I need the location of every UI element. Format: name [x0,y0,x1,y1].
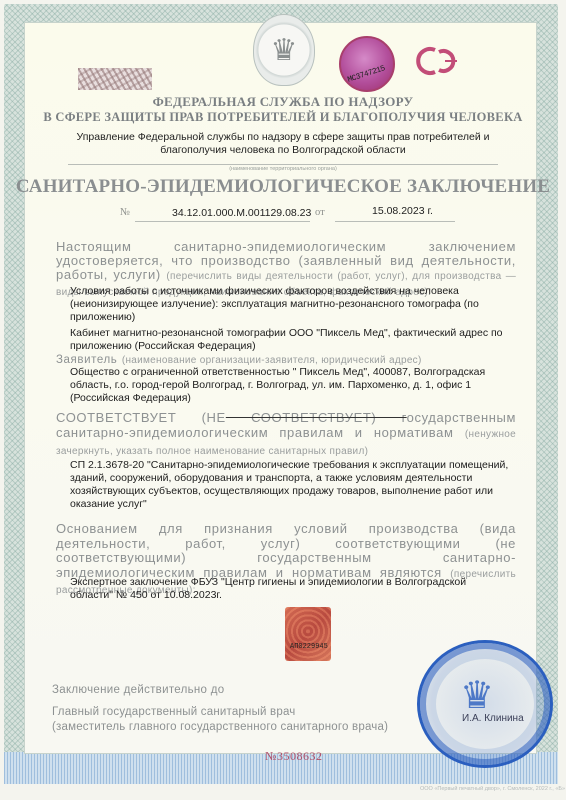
date-underline [335,221,455,222]
applicant-label: Заявитель [56,354,117,366]
conformity-start: СООТВЕТСТВУЕТ (НЕ [56,410,226,425]
number-underline [135,221,310,222]
chief-line2: (заместитель главного государственного с… [52,720,388,735]
applicant-text: Общество с ограниченной ответственностью… [70,366,510,405]
document-number: 34.12.01.000.М.001129.08.23 [172,207,311,219]
number-label: № [120,207,130,218]
agency-title-line1: ФЕДЕРАЛЬНАЯ СЛУЖБА ПО НАДЗОРУ [0,94,566,110]
document-title: САНИТАРНО-ЭПИДЕМИОЛОГИЧЕСКОЕ ЗАКЛЮЧЕНИЕ [0,176,566,198]
seal-eagle-icon: ♛ [460,673,494,718]
hologram-square-serial: АП0229945 [290,643,328,651]
signer-name: И.А. Клинина [462,713,524,724]
basis-document: Экспертное заключение ФБУЗ "Центр гигиен… [70,576,510,602]
valid-until-label: Заключение действительно до [52,684,224,696]
hologram-serial: МС3747215 [347,64,387,85]
se-logo-icon [415,44,465,78]
regional-office-caption: (наименование территориального органа) [0,166,566,172]
activity-text: Условия работы с источниками физических … [70,285,510,324]
chief-line1: Главный государственный санитарный врач [52,705,388,720]
date-label: от [315,207,325,218]
agency-title-line2: В СФЕРЕ ЗАЩИТЫ ПРАВ ПОТРЕБИТЕЛЕЙ И БЛАГО… [0,110,566,125]
hologram-round-sticker: МС3747215 [339,36,395,92]
regional-office: Управление Федеральной службы по надзору… [60,131,506,157]
coat-of-arms-icon: ♛ [253,14,315,86]
printer-imprint: ООО «Первый печатный двор», г. Смоленск,… [420,786,565,792]
rules-text: СП 2.1.3678-20 "Санитарно-эпидемиологиче… [70,459,510,511]
document-date: 15.08.2023 г. [372,205,433,217]
conformity-struck: СООТВЕТСТВУЕТ) г [226,410,407,425]
basis-text: Основанием для признания условий произво… [56,521,516,580]
conformity-paragraph: СООТВЕТСТВУЕТ (НЕ СООТВЕТСТВУЕТ) государ… [56,410,516,459]
divider [68,164,498,165]
official-seal-icon: ♛ [417,640,553,768]
applicant-caption: (наименование организации-заявителя, юри… [122,355,422,366]
object-text: Кабинет магнитно-резонансной томографии … [70,327,510,353]
guilloche-stamp [78,68,152,90]
chief-doctor-label: Главный государственный санитарный врач … [52,705,388,735]
blank-number: №3508632 [265,749,322,764]
hologram-square-sticker: АП0229945 [285,607,331,661]
